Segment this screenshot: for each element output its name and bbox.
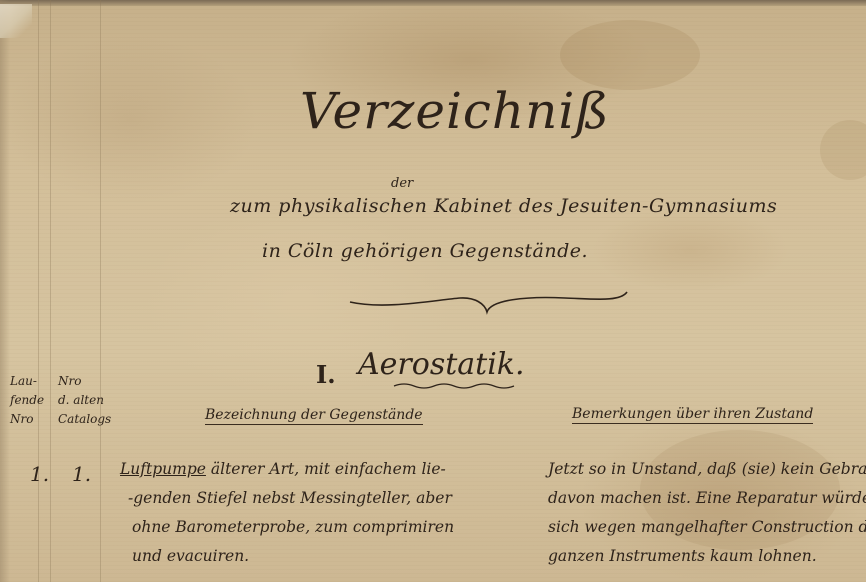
manuscript-page: Verzeichniß der zum physikalischen Kabin… [0,0,866,582]
page-top-edge [0,0,866,6]
entry-line: Luftpumpe älterer Art, mit einfachem lie… [120,455,454,484]
header-line: d. alten [58,391,111,410]
header-line: Lau- [10,372,44,391]
entry-line: ohne Barometerprobe, zum comprimiren [120,513,454,542]
entry-line: und evacuiren. [120,542,454,571]
header-line: Catalogs [58,410,111,429]
entry-line: ganzen Instruments kaum lohnen. [548,542,866,571]
entry-item-name: Luftpumpe [120,460,206,478]
section-title-underline [392,381,522,391]
column-header-bezeichnung: Bezeichnung der Gegenstände [205,407,423,425]
entry-line-text: älterer Art, mit einfachem lie- [206,460,446,478]
margin-rule [38,0,39,582]
entry-bezeichnung: Luftpumpe älterer Art, mit einfachem lie… [120,455,454,571]
section-title: Aerostatik. [358,347,525,382]
entry-line: sich wegen mangelhafter Construction des [548,513,866,542]
water-stain [560,20,700,90]
title-connector: der [391,176,413,191]
header-line: Nro [10,410,44,429]
header-line: Nro [58,372,111,391]
water-stain [820,120,866,180]
column-header-laufende-nr: Lau- fende Nro [10,372,44,429]
page-left-edge [0,0,10,582]
header-line: fende [10,391,44,410]
document-title: Verzeichniß [300,82,610,140]
torn-corner [0,4,32,38]
entry-bemerkungen: Jetzt so in Unstand, daß (sie) kein Gebr… [548,455,866,571]
column-header-alter-catalog: Nro d. alten Catalogs [58,372,111,429]
entry-line: Jetzt so in Unstand, daß (sie) kein Gebr… [548,455,866,484]
subtitle-line-2: in Cöln gehörigen Gegenstände. [262,240,588,262]
subtitle-line-1: zum physikalischen Kabinet des Jesuiten-… [230,195,777,217]
margin-rule [50,0,51,582]
column-header-bemerkungen: Bemerkungen über ihren Zustand [572,406,813,424]
column-rule [100,0,101,582]
entry-alter-catalog-nr: 1. [72,462,91,486]
entry-laufende-nr: 1. [30,462,49,486]
entry-line: davon machen ist. Eine Reparatur würde [548,484,866,513]
entry-line: -genden Stiefel nebst Messingteller, abe… [120,484,454,513]
section-number: I. [316,360,336,389]
ornamental-divider [345,290,635,320]
